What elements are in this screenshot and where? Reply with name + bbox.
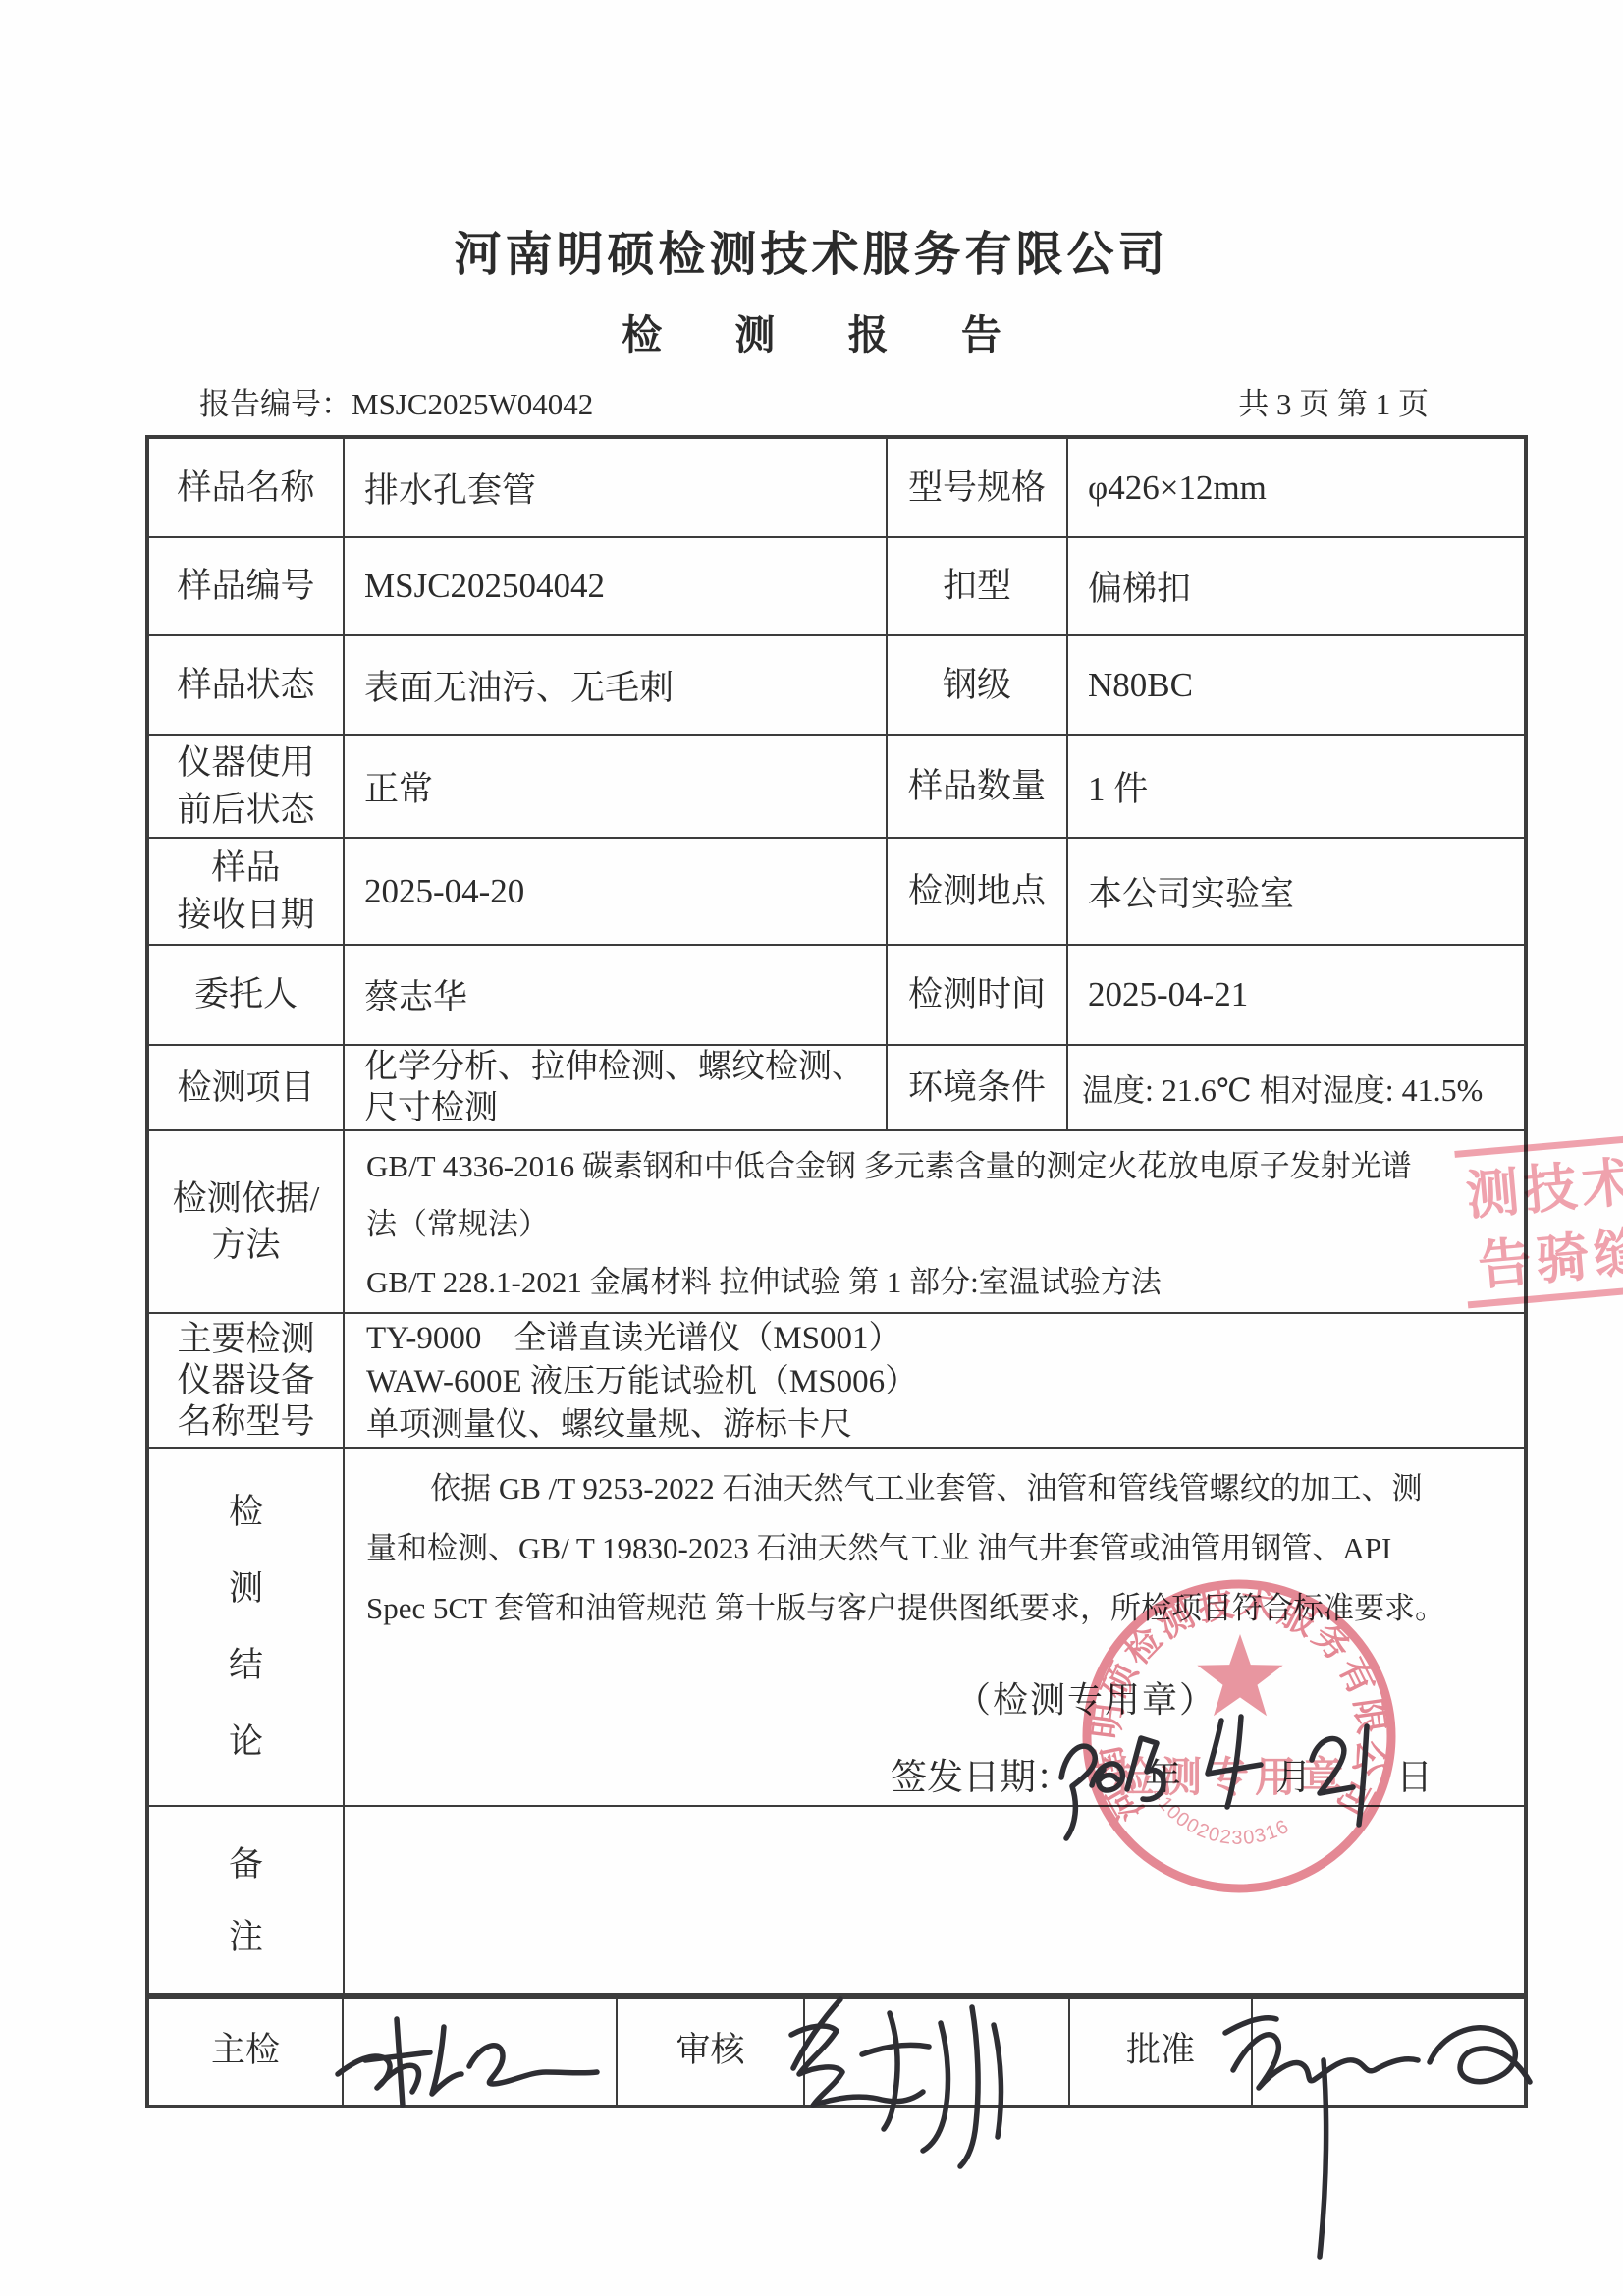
- field-value-sample-no: MSJC202504042: [344, 537, 887, 635]
- field-value-environment: 温度: 21.6℃ 相对湿度: 41.5%: [1067, 1045, 1526, 1130]
- table-row: 检 测 结 论 依据 GB /T 9253-2022 石油天然气工业套管、油管和…: [147, 1448, 1526, 1806]
- field-value-test-items: 化学分析、拉伸检测、螺纹检测、 尺寸检测: [344, 1045, 887, 1130]
- field-value-receive-date: 2025-04-20: [344, 838, 887, 945]
- table-row: 检测依据/ 方法 GB/T 4336-2016 碳素钢和中低合金钢 多元素含量的…: [147, 1130, 1526, 1313]
- conclusion-cell: 依据 GB /T 9253-2022 石油天然气工业套管、油管和管线管螺纹的加工…: [344, 1448, 1526, 1806]
- reviewer-label: 审核: [617, 1995, 804, 2106]
- field-label-instrument-state: 仪器使用 前后状态: [147, 735, 344, 838]
- field-value-sample-state: 表面无油污、无毛刺: [344, 635, 887, 735]
- reviewer-signature-cell: [804, 1995, 1069, 2106]
- field-label-conclusion: 检 测 结 论: [147, 1448, 344, 1806]
- approver-label: 批准: [1069, 1995, 1252, 2106]
- table-row: 样品编号 MSJC202504042 扣型 偏梯扣: [147, 537, 1526, 635]
- field-label-environment: 环境条件: [887, 1045, 1067, 1130]
- issue-date-label: 签发日期：: [891, 1758, 1072, 1798]
- field-label-thread-type: 扣型: [887, 537, 1067, 635]
- report-table: 样品名称 排水孔套管 型号规格 φ426×12mm 样品编号 MSJC20250…: [145, 435, 1528, 1999]
- table-row: 样品名称 排水孔套管 型号规格 φ426×12mm: [147, 437, 1526, 537]
- field-value-sample-name: 排水孔套管: [344, 437, 887, 537]
- table-row: 样品状态 表面无油污、无毛刺 钢级 N80BC: [147, 635, 1526, 735]
- field-label-model-spec: 型号规格: [887, 437, 1067, 537]
- seal-note: （检测专用章）: [955, 1672, 1217, 1722]
- field-label-sample-state: 样品状态: [147, 635, 344, 735]
- field-value-client: 蔡志华: [344, 945, 887, 1045]
- field-value-model-spec: φ426×12mm: [1067, 437, 1526, 537]
- signature-row: 主检 审核 批准: [147, 1995, 1526, 2106]
- field-value-steel-grade: N80BC: [1067, 635, 1526, 735]
- field-value-test-basis: GB/T 4336-2016 碳素钢和中低合金钢 多元素含量的测定火花放电原子发…: [344, 1130, 1526, 1313]
- field-value-test-place: 本公司实验室: [1067, 838, 1526, 945]
- field-label-receive-date: 样品 接收日期: [147, 838, 344, 945]
- field-label-test-basis: 检测依据/ 方法: [147, 1130, 344, 1313]
- field-label-client: 委托人: [147, 945, 344, 1045]
- field-value-instrument-state: 正常: [344, 735, 887, 838]
- field-label-test-place: 检测地点: [887, 838, 1067, 945]
- table-row: 仪器使用 前后状态 正常 样品数量 1 件: [147, 735, 1526, 838]
- field-value-thread-type: 偏梯扣: [1067, 537, 1526, 635]
- document-title: 检 测 报 告: [0, 302, 1623, 360]
- report-meta-line: 报告编号：MSJC2025W04042 共 3 页 第 1 页: [199, 379, 1429, 423]
- report-number-value: MSJC2025W04042: [352, 387, 593, 421]
- page-indicator: 共 3 页 第 1 页: [1238, 379, 1429, 423]
- field-value-equipment: TY-9000 全谱直读光谱仪（MS001） WAW-600E 液压万能试验机（…: [344, 1313, 1526, 1448]
- report-number: 报告编号：MSJC2025W04042: [199, 379, 593, 423]
- field-value-sample-qty: 1 件: [1067, 735, 1526, 838]
- field-label-sample-qty: 样品数量: [887, 735, 1067, 838]
- approver-signature-cell: [1252, 1995, 1526, 2106]
- field-label-sample-name: 样品名称: [147, 437, 344, 537]
- table-row: 委托人 蔡志华 检测时间 2025-04-21: [147, 945, 1526, 1045]
- conclusion-paragraph: 依据 GB /T 9253-2022 石油天然气工业套管、油管和管线管螺纹的加工…: [345, 1449, 1524, 1638]
- table-row: 主要检测 仪器设备 名称型号 TY-9000 全谱直读光谱仪（MS001） WA…: [147, 1313, 1526, 1448]
- signature-table: 主检 审核 批准: [145, 1993, 1528, 2108]
- table-row: 检测项目 化学分析、拉伸检测、螺纹检测、 尺寸检测 环境条件 温度: 21.6℃…: [147, 1045, 1526, 1130]
- year-char: 年: [1145, 1758, 1181, 1798]
- field-value-test-time: 2025-04-21: [1067, 945, 1526, 1045]
- company-name-title: 河南明硕检测技术服务有限公司: [0, 216, 1623, 284]
- field-label-sample-no: 样品编号: [147, 537, 344, 635]
- report-number-label: 报告编号：: [199, 387, 352, 421]
- report-page: 河南明硕检测技术服务有限公司 检 测 报 告 报告编号：MSJC2025W040…: [0, 0, 1623, 2296]
- table-row: 样品 接收日期 2025-04-20 检测地点 本公司实验室: [147, 838, 1526, 945]
- field-label-test-time: 检测时间: [887, 945, 1067, 1045]
- field-label-test-items: 检测项目: [147, 1045, 344, 1130]
- field-label-remark: 备 注: [147, 1806, 344, 1997]
- field-label-steel-grade: 钢级: [887, 635, 1067, 735]
- month-char: 月: [1275, 1758, 1312, 1798]
- inspector-label: 主检: [147, 1995, 343, 2106]
- issue-date-line: 签发日期：年月日: [891, 1747, 1433, 1800]
- table-row: 备 注: [147, 1806, 1526, 1997]
- day-char: 日: [1396, 1758, 1433, 1798]
- field-value-remark: [344, 1806, 1526, 1997]
- inspector-signature-cell: [343, 1995, 617, 2106]
- field-label-equipment: 主要检测 仪器设备 名称型号: [147, 1313, 344, 1448]
